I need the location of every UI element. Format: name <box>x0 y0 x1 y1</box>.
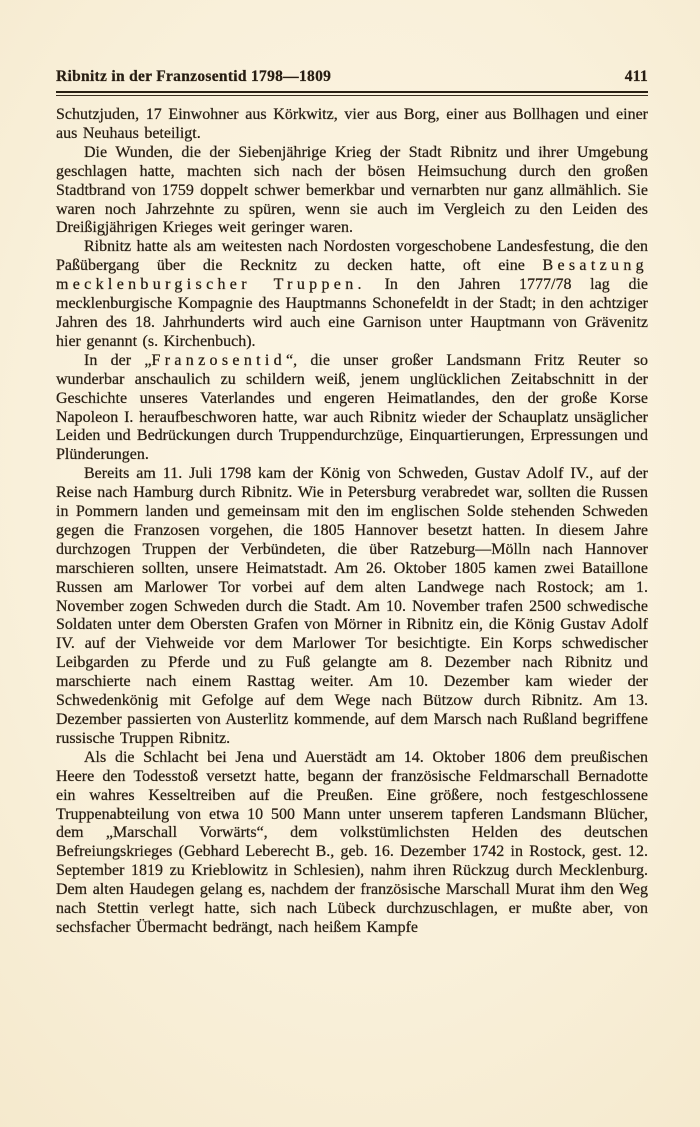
paragraph-text: Als die Schlacht bei Jena und Auerstädt … <box>56 749 648 936</box>
paragraph: Die Wunden, die der Siebenjährige Krieg … <box>56 144 648 239</box>
paragraph-text: Schutzjuden, 17 Einwohner aus Körkwitz, … <box>56 106 648 142</box>
paragraph-text: Bereits am 11. Juli 1798 kam der König v… <box>56 465 648 747</box>
page-body: Schutzjuden, 17 Einwohner aus Körkwitz, … <box>56 106 648 938</box>
paragraph-text: In der „ <box>84 352 152 369</box>
paragraph: Schutzjuden, 17 Einwohner aus Körkwitz, … <box>56 106 648 144</box>
paragraph: Bereits am 11. Juli 1798 kam der König v… <box>56 465 648 749</box>
paragraph-text: Die Wunden, die der Siebenjährige Krieg … <box>56 144 648 237</box>
paragraph: Ribnitz hatte als am weitesten nach Nord… <box>56 238 648 351</box>
page-number: 411 <box>625 68 648 86</box>
header-rule <box>56 91 648 93</box>
page-header: Ribnitz in der Franzosentid 1798—1809 41… <box>56 68 648 86</box>
paragraph: Als die Schlacht bei Jena und Auerstädt … <box>56 749 648 938</box>
running-title: Ribnitz in der Franzosentid 1798—1809 <box>56 68 331 86</box>
scanned-book-page: Ribnitz in der Franzosentid 1798—1809 41… <box>0 0 700 1127</box>
paragraph: In der „Franzosentid“, die unser großer … <box>56 352 648 465</box>
paragraph-text-letterspaced: Franzosentid <box>152 352 287 369</box>
